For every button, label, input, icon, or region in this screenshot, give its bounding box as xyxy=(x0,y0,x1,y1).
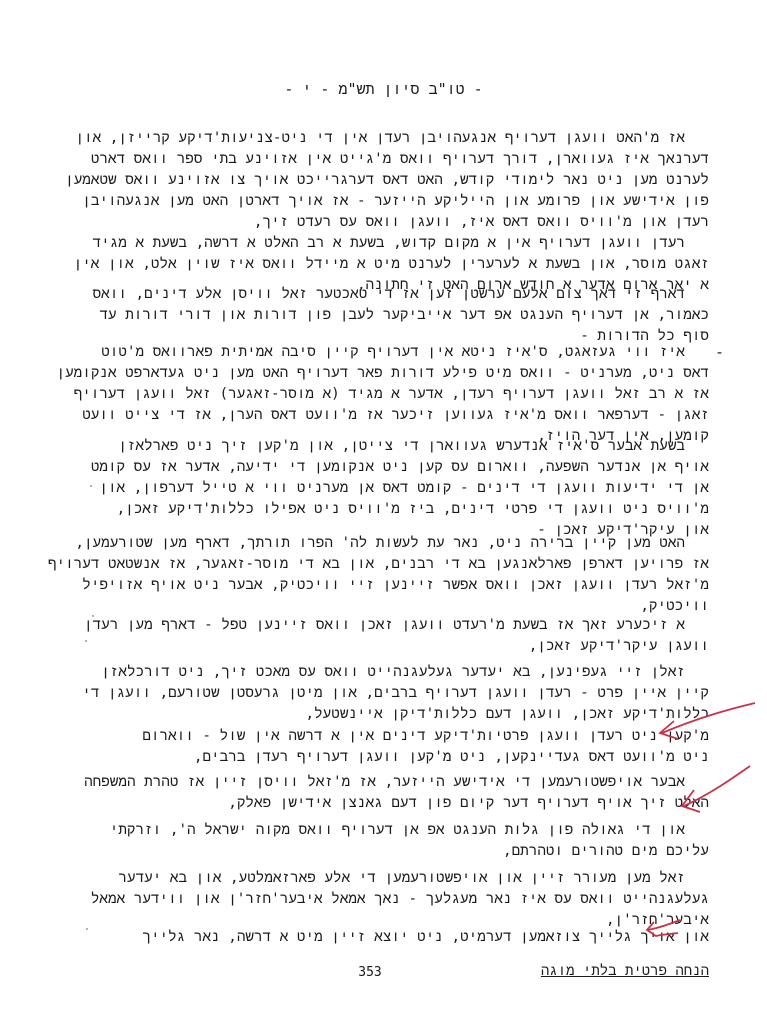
text-line: האלט זיך אויף דערויף דער קיום פון דעם גא… xyxy=(109,793,709,814)
paragraph: אז מ'האט וועגן דערויף אנגעהויבן רעדן אין… xyxy=(109,128,709,233)
paragraph: האט מען קיין ברירה ניט, נאר עת לעשות לה'… xyxy=(109,533,709,617)
page-header-date: - טו"ב סיון תש"מ - י - xyxy=(0,80,767,99)
page-number: 353 xyxy=(340,965,400,980)
text-line: אז פרויען דארפן פארלאנגען בא די רבנים, א… xyxy=(109,554,709,575)
scan-speck xyxy=(86,928,88,930)
text-line: זאל מען מעורר זיין און אויפשטורעמען די א… xyxy=(109,868,709,889)
footer-note: הנחה פרטית בלתי מוגה xyxy=(541,963,709,980)
paragraph: זאלן זיי געפינען, בא יעדער געלעגנהייט וו… xyxy=(109,662,709,725)
text-line: לערנט מען ניט נאר לימודי קודש, האט דאס ד… xyxy=(109,170,709,191)
text-line: אז מ'האט וועגן דערויף אנגעהויבן רעדן אין… xyxy=(109,128,709,149)
text-line: מ'וויס ניט וועגן די פרטי דינים, ביז מ'וו… xyxy=(109,499,709,520)
text-line: זאגן - דערפאר וואס מ'איז געווען זיכער אז… xyxy=(109,405,709,426)
red-arrow-annotation-icon xyxy=(644,916,684,942)
text-line: איז ווי געזאגט, ס'איז ניטא אין דערויף קי… xyxy=(109,342,709,363)
scan-speck xyxy=(92,615,94,617)
text-line: בשעת אבער ס'איז אנדערש געווארן די צייטן,… xyxy=(109,436,709,457)
text-line: כאמור, אן דערויף הענגט אפ דער אייביקער ל… xyxy=(109,305,709,326)
text-line: וועגן עיקר'דיקע זאכן, xyxy=(109,636,709,657)
text-line: פון אידישע און פרומע און הייליקע הייזער … xyxy=(109,191,709,212)
text-line: און אויך גלייך צוזאמען דערמיט, ניט יוצא … xyxy=(109,927,709,948)
paragraph: דארף זי דאך צום אלעם ערשטן זען אז די טאכ… xyxy=(109,284,709,347)
text-line: אן די ידיעות וועגן די דינים - קומט דאס א… xyxy=(109,478,709,499)
scan-speck xyxy=(90,485,92,487)
text-line: זאגט מוסר, און בשעת א לערערין לערנט מיט … xyxy=(109,254,709,275)
text-line: קיין איין פרט - רעדן וועגן דערויף ברבים,… xyxy=(109,683,709,704)
text-line: מ'קען ניט רעדן וועגן פרטיות'דיקע דינים א… xyxy=(109,726,709,747)
text-line: רעדן און מ'וויס וואס דאס איז, וועגן וואס… xyxy=(109,212,709,233)
paragraph: א זיכערע זאך אז בשעת מ'רעדט וועגן זאכן ו… xyxy=(109,615,709,657)
text-line: דאס ניט, מערניט - וואס מיט פילע דורות פא… xyxy=(109,363,709,384)
text-line: א זיכערע זאך אז בשעת מ'רעדט וועגן זאכן ו… xyxy=(109,615,709,636)
text-line: רעדן וועגן דערויף אין א מקום קדוש, בשעת … xyxy=(109,233,709,254)
scan-speck xyxy=(85,640,87,642)
paragraph: זאל מען מעורר זיין און אויפשטורעמען די א… xyxy=(109,868,709,931)
margin-mark: - xyxy=(715,343,724,361)
red-arrow-annotation-icon xyxy=(640,695,760,750)
red-arrow-annotation-icon xyxy=(670,760,760,820)
text-line: וויכטיק, xyxy=(109,596,709,617)
text-line: כללות'דיקע זאכן, וועגן דעם כללות'דיקן אי… xyxy=(109,704,709,725)
text-line: זאלן זיי געפינען, בא יעדער געלעגנהייט וו… xyxy=(109,662,709,683)
paragraph: איז ווי געזאגט, ס'איז ניטא אין דערויף קי… xyxy=(109,342,709,447)
paragraph: און די גאולה פון גלות הענגט אפ אן דערויף… xyxy=(109,820,709,862)
paragraph: בשעת אבער ס'איז אנדערש געווארן די צייטן,… xyxy=(109,436,709,541)
paragraph: מ'קען ניט רעדן וועגן פרטיות'דיקע דינים א… xyxy=(109,726,709,768)
text-line: האט מען קיין ברירה ניט, נאר עת לעשות לה'… xyxy=(109,533,709,554)
text-line: געלעגנהייט וואס עס איז נאר מעגלעך - נאך … xyxy=(109,889,709,910)
text-line: עליכם מים טהורים וטהרתם, xyxy=(109,841,709,862)
paragraph: אבער אויפשטורעמען די אידישע הייזער, אז מ… xyxy=(109,772,709,814)
text-line: דערנאך איז געווארן, דורך דערויף וואס מ'ג… xyxy=(109,149,709,170)
text-line: דארף זי דאך צום אלעם ערשטן זען אז די טאכ… xyxy=(109,284,709,305)
text-line: און די גאולה פון גלות הענגט אפ אן דערויף… xyxy=(109,820,709,841)
text-line: ניט מ'וועט דאס געדיינקען, ניט מ'קען וועג… xyxy=(109,747,709,768)
text-line: אז א רב זאל וועגן דערויף רעדן, אדער א מג… xyxy=(109,384,709,405)
text-line: מ'זאל רעדן וועגן זאכן וואס אפשר זיינען ז… xyxy=(109,575,709,596)
text-line: אבער אויפשטורעמען די אידישע הייזער, אז מ… xyxy=(109,772,709,793)
text-line: אויף אן אנדער השפעה, ווארום עס קען ניט א… xyxy=(109,457,709,478)
paragraph: און אויך גלייך צוזאמען דערמיט, ניט יוצא … xyxy=(109,927,709,948)
